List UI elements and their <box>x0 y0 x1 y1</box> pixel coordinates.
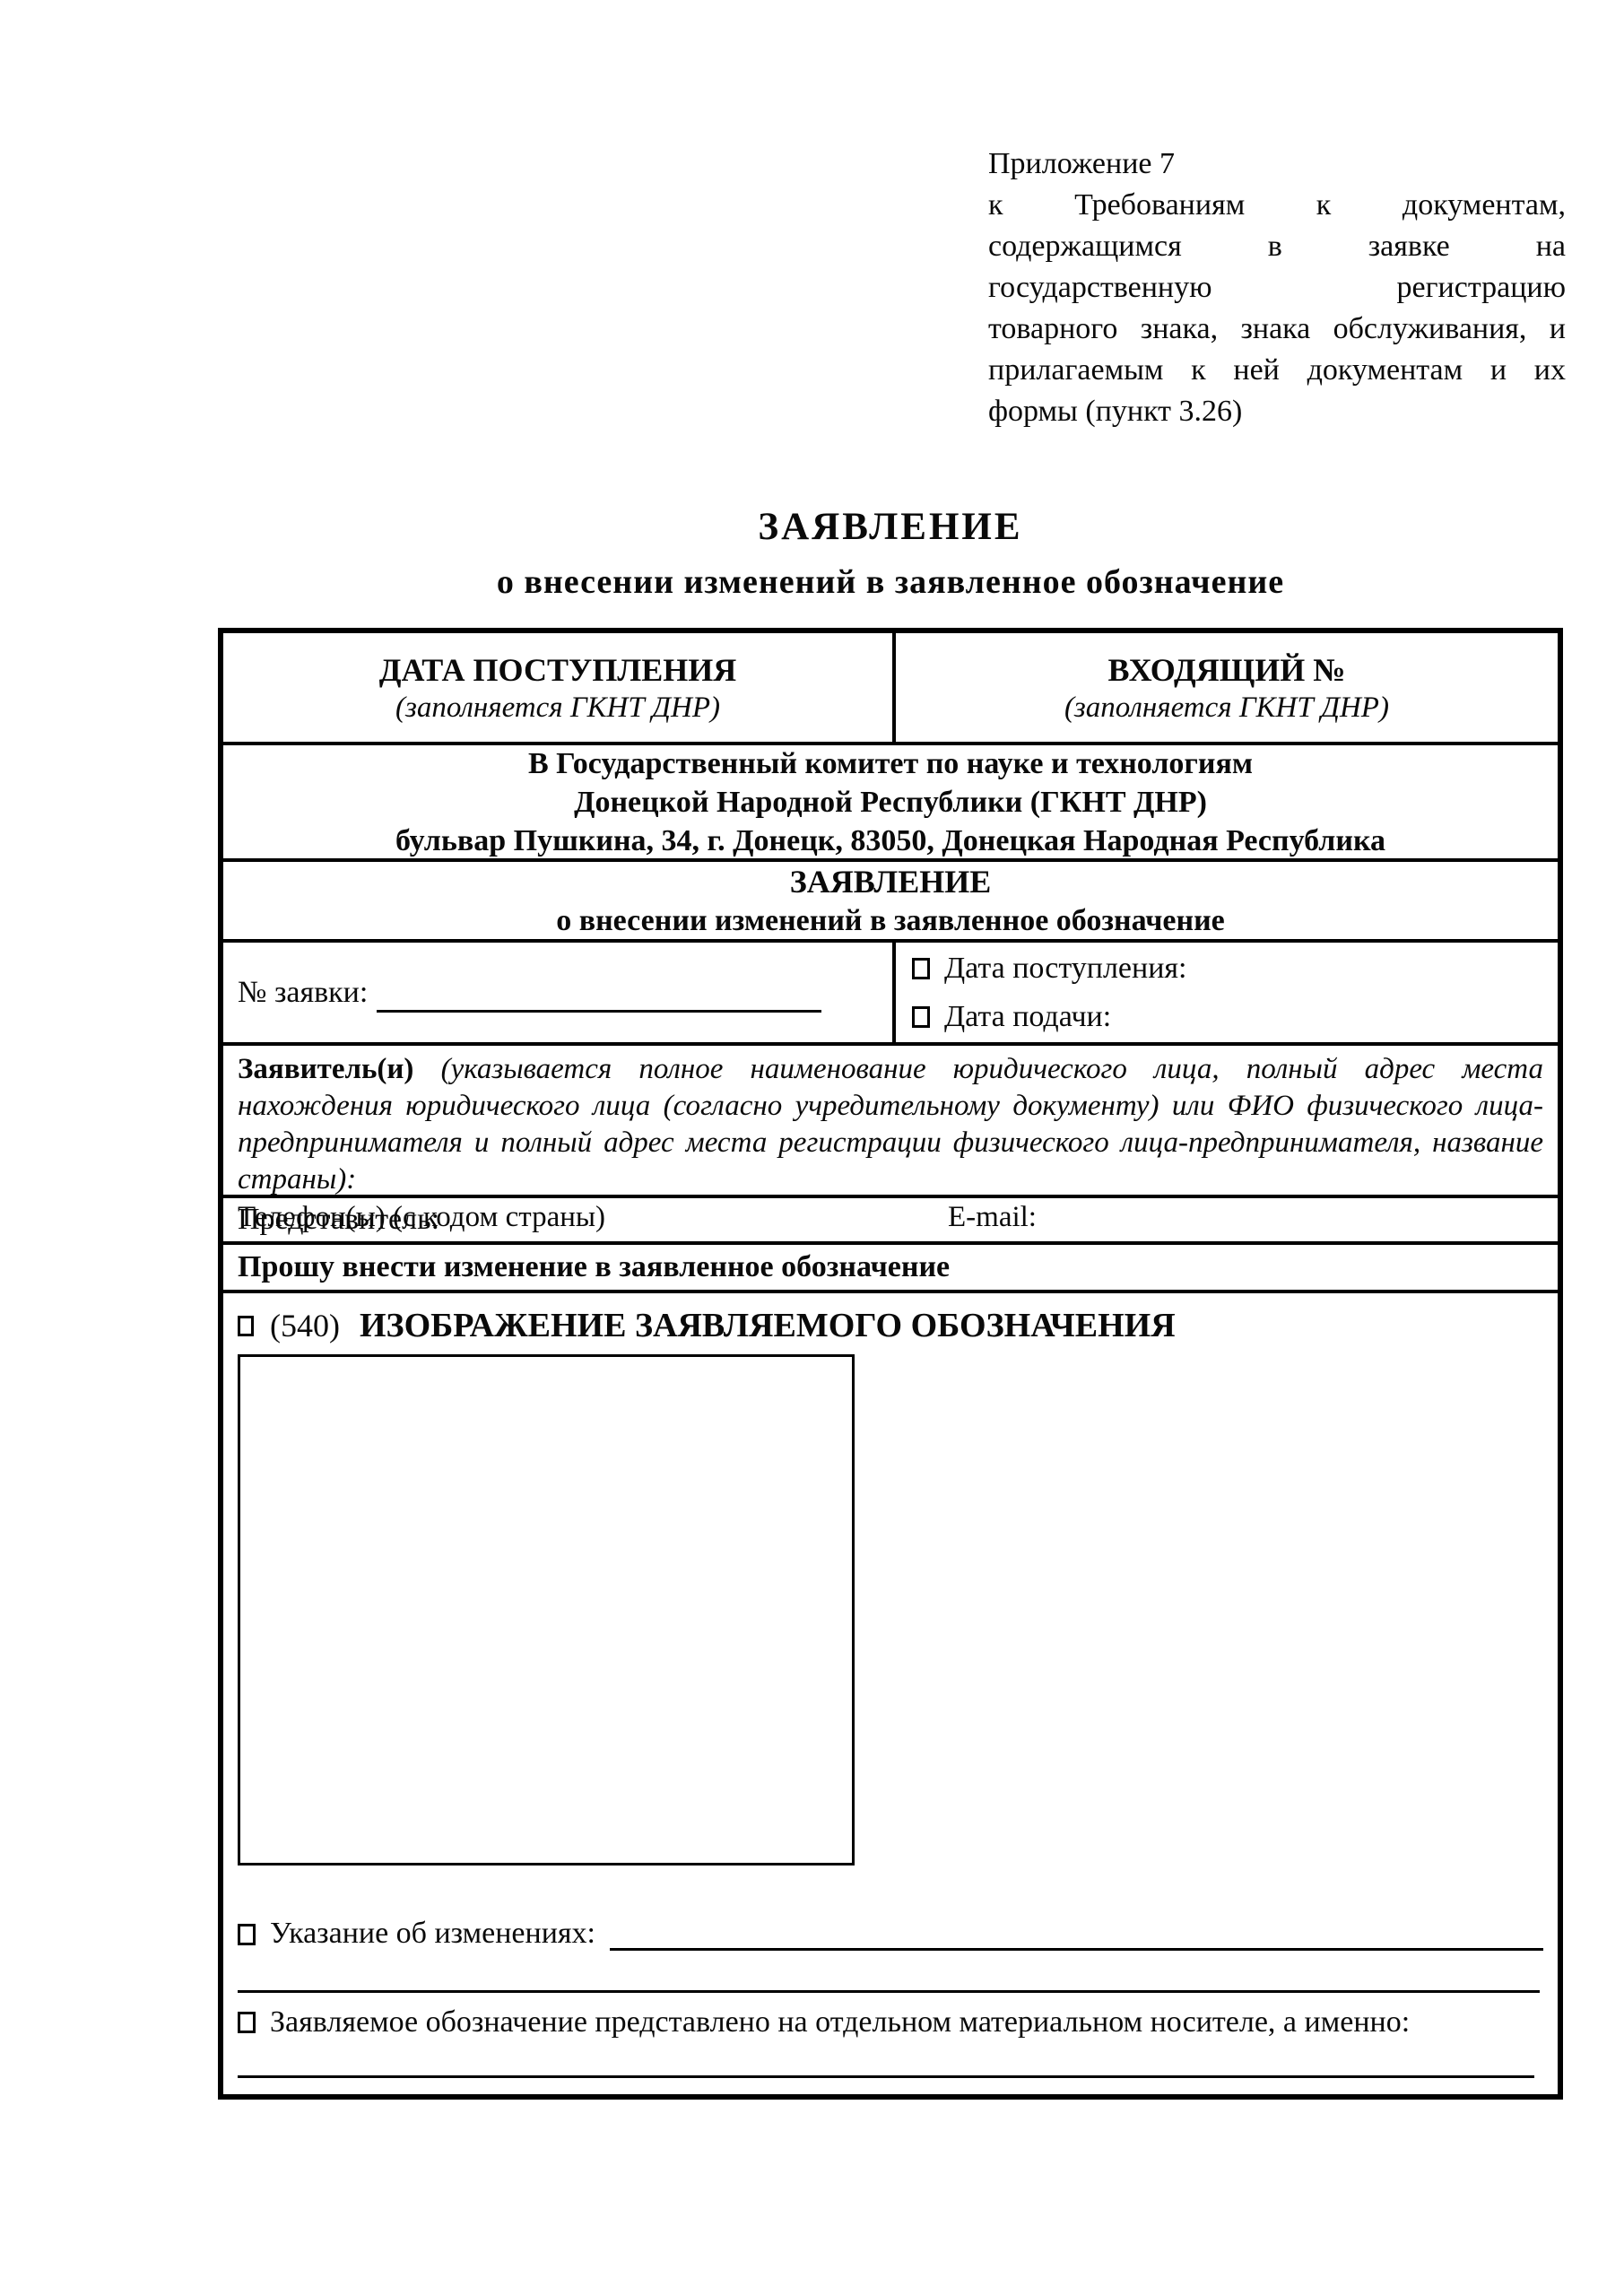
date-received-checkbox-icon[interactable] <box>912 958 930 979</box>
document-subtitle: о внесении изменений в заявленное обозна… <box>218 562 1563 602</box>
document-title: ЗАЯВЛЕНИЕ <box>218 505 1563 549</box>
mark-image-box <box>238 1354 855 1865</box>
appendix-line: Приложение 7 <box>988 143 1566 185</box>
receipt-header-row: ДАТА ПОСТУПЛЕНИЯ (заполняется ГКНТ ДНР) … <box>223 633 1558 745</box>
inid-code-540: (540) <box>270 1307 340 1344</box>
date-received-line: Дата поступления: <box>912 952 1558 986</box>
application-number-row: № заявки: Дата поступления: Дата подачи: <box>223 943 1558 1046</box>
appendix-line: прилагаемым к ней документам и их <box>988 350 1566 391</box>
dates-cell: Дата поступления: Дата подачи: <box>896 943 1558 1042</box>
email-label: E-mail: <box>948 1201 1037 1234</box>
appendix-note: Приложение 7 к Требованиям к документам,… <box>988 143 1566 432</box>
appendix-line: государственную регистрацию <box>988 267 1566 309</box>
date-filed-checkbox-icon[interactable] <box>912 1006 930 1028</box>
media-checkbox-icon[interactable] <box>238 2012 256 2033</box>
appendix-line: формы (пункт 3.26) <box>988 391 1566 432</box>
date-received-stamp-note: (заполняется ГКНТ ДНР) <box>395 691 720 725</box>
designation-checkbox-icon[interactable] <box>238 1316 254 1336</box>
media-line: Заявляемое обозначение представлено на о… <box>238 2005 1543 2039</box>
changes-label: Указание об изменениях: <box>270 1917 595 1951</box>
incoming-number-stamp-cell: ВХОДЯЩИЙ № (заполняется ГКНТ ДНР) <box>896 633 1558 742</box>
request-text: Прошу внести изменение в заявленное обоз… <box>238 1250 950 1284</box>
committee-address-row: В Государственный комитет по науке и тех… <box>223 745 1558 862</box>
statement-title: ЗАЯВЛЕНИЕ <box>223 863 1558 900</box>
statement-subtitle: о внесении изменений в заявленное обозна… <box>223 904 1558 938</box>
designation-image-title: ИЗОБРАЖЕНИЕ ЗАЯВЛЯЕМОГО ОБОЗНАЧЕНИЯ <box>360 1306 1176 1345</box>
media-blank[interactable] <box>238 2075 1534 2078</box>
date-received-stamp-title: ДАТА ПОСТУПЛЕНИЯ <box>379 651 737 689</box>
applicant-label: Заявитель(и) <box>238 1053 413 1085</box>
committee-line: В Государственный комитет по науке и тех… <box>223 744 1558 783</box>
date-received-label: Дата поступления: <box>944 952 1187 986</box>
applicant-paragraph: Заявитель(и) (указывается полное наимено… <box>238 1051 1543 1198</box>
committee-line: Донецкой Народной Республики (ГКНТ ДНР) <box>223 783 1558 822</box>
phone-email-line: Телефон(ы) (с кодом страны) E-mail: <box>238 1201 1543 1239</box>
statement-title-row: ЗАЯВЛЕНИЕ о внесении изменений в заявлен… <box>223 862 1558 943</box>
application-number-blank[interactable] <box>377 972 821 1013</box>
application-number-label: № заявки: <box>238 976 368 1010</box>
date-filed-label: Дата подачи: <box>944 1000 1111 1034</box>
application-number-cell: № заявки: <box>223 943 896 1042</box>
applicant-row: Заявитель(и) (указывается полное наимено… <box>223 1046 1558 1198</box>
incoming-number-stamp-note: (заполняется ГКНТ ДНР) <box>1064 691 1389 725</box>
date-received-stamp-cell: ДАТА ПОСТУПЛЕНИЯ (заполняется ГКНТ ДНР) <box>223 633 896 742</box>
appendix-line: товарного знака, знака обслуживания, и <box>988 309 1566 350</box>
incoming-number-stamp-title: ВХОДЯЩИЙ № <box>1107 651 1345 689</box>
changes-line: Указание об изменениях: <box>238 1914 1543 1951</box>
changes-checkbox-icon[interactable] <box>238 1924 256 1945</box>
changes-continuation-blank[interactable] <box>238 1990 1540 1993</box>
designation-section: (540) ИЗОБРАЖЕНИЕ ЗАЯВЛЯЕМОГО ОБОЗНАЧЕНИ… <box>223 1293 1558 2094</box>
appendix-line: к Требованиям к документам, <box>988 185 1566 226</box>
applicant-note: (указывается полное наименование юридиче… <box>238 1053 1543 1196</box>
appendix-line: содержащимся в заявке на <box>988 226 1566 267</box>
application-form-table: ДАТА ПОСТУПЛЕНИЯ (заполняется ГКНТ ДНР) … <box>218 628 1563 2100</box>
date-filed-line: Дата подачи: <box>912 1000 1558 1034</box>
media-label: Заявляемое обозначение представлено на о… <box>270 2005 1410 2039</box>
request-row: Прошу внести изменение в заявленное обоз… <box>223 1245 1558 1293</box>
changes-blank[interactable] <box>610 1914 1543 1951</box>
phone-label: Телефон(ы) (с кодом страны) <box>238 1201 605 1233</box>
designation-header: (540) ИЗОБРАЖЕНИЕ ЗАЯВЛЯЕМОГО ОБОЗНАЧЕНИ… <box>238 1300 1543 1351</box>
document-page: Приложение 7 к Требованиям к документам,… <box>0 0 1624 2296</box>
committee-line: бульвар Пушкина, 34, г. Донецк, 83050, Д… <box>223 822 1558 860</box>
